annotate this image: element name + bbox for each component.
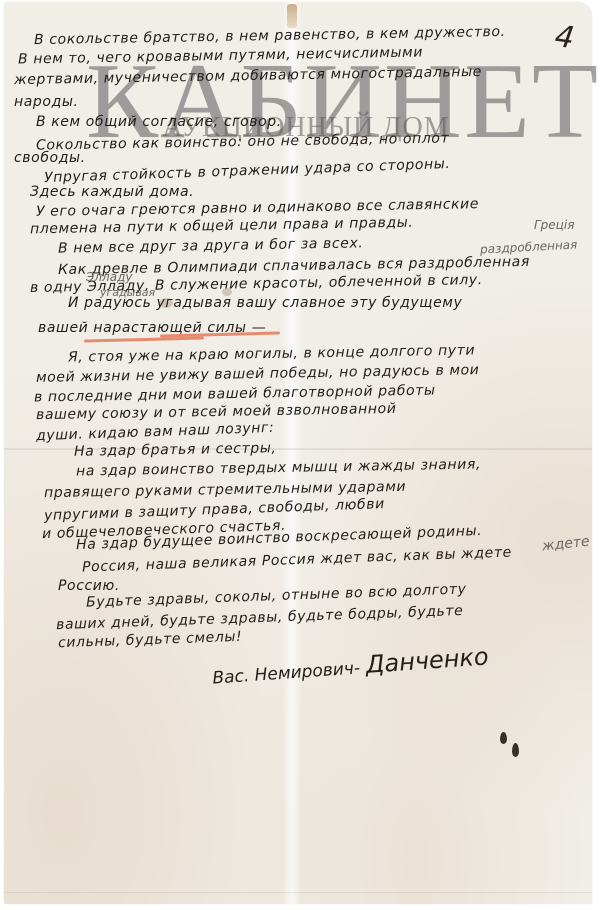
inline-note-hellas: Элладу — [86, 270, 132, 284]
text-line: народы. — [14, 94, 79, 110]
text-line: В кем общий согласие, сговор. — [36, 114, 282, 130]
text-line: Здесь каждый дома. — [30, 184, 194, 200]
ink-blot — [512, 743, 519, 757]
bottom-fold — [4, 892, 592, 893]
margin-note-greece: Греція — [534, 218, 574, 232]
text-line: Россию. — [58, 578, 120, 594]
inline-note-guessing: угадывая — [100, 286, 155, 299]
text-line: свободы. — [14, 150, 86, 166]
paper-tear — [287, 4, 297, 28]
ink-blot — [500, 732, 507, 744]
